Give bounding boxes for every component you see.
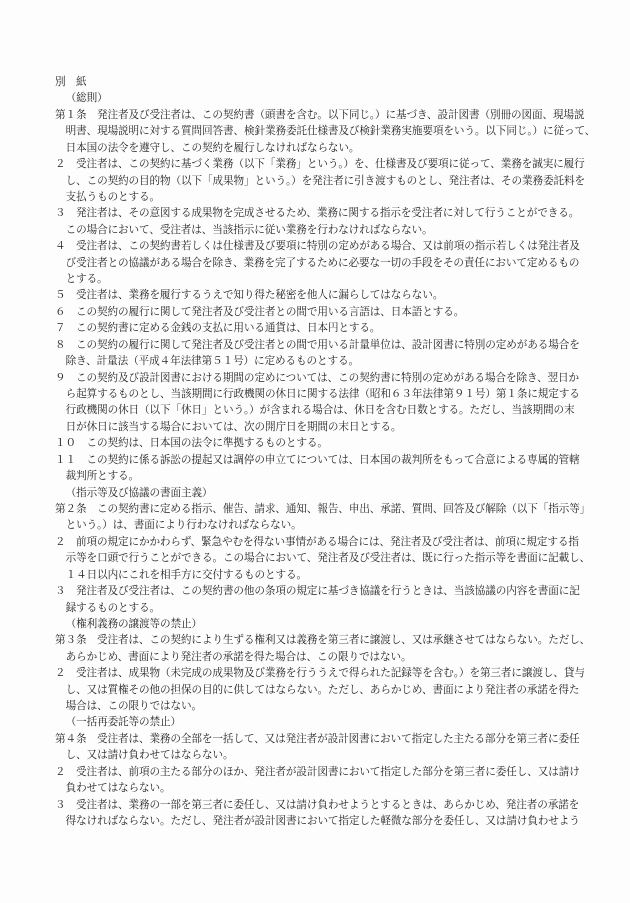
document-body: 別 紙（総則）第１条 発注者及び受注者は、この契約書（頭書を含む。以下同じ。）に… — [55, 75, 607, 830]
article1-p8-line1: ８ この契約の履行に関して発注者及び受注者との間で用いる計量単位は、設計図書に特… — [55, 338, 607, 354]
section-heading-no-assignment: （権利義務の譲渡等の禁止） — [55, 617, 607, 633]
attachment-title: 別 紙 — [55, 75, 607, 91]
article3-p2-line3: 場合は、この限りではない。 — [55, 699, 607, 715]
article1-p9-line1: ９ この契約及び設計図書における期間の定めについては、この契約書に特別の定めがあ… — [55, 371, 607, 387]
article1-p10-line1: １０ この契約は、日本国の法令に準拠するものとする。 — [55, 436, 607, 452]
article2-p3-line1: ３ 発注者及び受注者は、この契約書の他の条項の規定に基づき協議を行うときは、当該… — [55, 584, 607, 600]
article1-p11-line1: １１ この契約に係る訴訟の提起又は調停の申立てについては、日本国の裁判所をもって… — [55, 453, 607, 469]
article1-p2-line3: 支払うものとする。 — [55, 190, 607, 206]
article1-p11-line2: 裁判所とする。 — [55, 469, 607, 485]
article1-p3-line1: ３ 発注者は、その意図する成果物を完成させるため、業務に関する指示を受注者に対し… — [55, 206, 607, 222]
article2-p2-line1: ２ 前項の規定にかかわらず、緊急やむを得ない事情がある場合には、発注者及び受注者… — [55, 535, 607, 551]
article1-p2-line1: ２ 受注者は、この契約に基づく業務（以下「業務」という。）を、仕様書及び要項に従… — [55, 157, 607, 173]
article1-p1-line1: 第１条 発注者及び受注者は、この契約書（頭書を含む。以下同じ。）に基づき、設計図… — [55, 108, 607, 124]
article1-p9-line4: 日が休日に該当する場合においては、次の開庁日を期間の末日とする。 — [55, 420, 607, 436]
article1-p5-line1: ５ 受注者は、業務を履行するうえで知り得た秘密を他人に漏らしてはならない。 — [55, 288, 607, 304]
article1-p7-line1: ７ この契約書に定める金銭の支払に用いる通貨は、日本円とする。 — [55, 321, 607, 337]
article1-p3-line2: この場合において、受注者は、当該指示に従い業務を行わなければならない。 — [55, 223, 607, 239]
article3-p1-line2: あらかじめ、書面により発注者の承諾を得た場合は、この限りではない。 — [55, 650, 607, 666]
article3-p2-line2: し、又は質権その他の担保の目的に供してはならない。ただし、あらかじめ、書面により… — [55, 683, 607, 699]
section-heading-general-provisions: （総則） — [55, 91, 607, 107]
section-heading-no-blanket-subcontract: （一括再委託等の禁止） — [55, 715, 607, 731]
article1-p4-line2: び受注者との協議がある場合を除き、業務を完了するために必要な一切の手段をその責任… — [55, 256, 607, 272]
article1-p1-line3: 日本国の法令を遵守し、この契約を履行しなければならない。 — [55, 141, 607, 157]
article2-p2-line2: 示等を口頭で行うことができる。この場合において、発注者及び受注者は、既に行った指… — [55, 551, 607, 567]
article2-p3-line2: 録するものとする。 — [55, 601, 607, 617]
article2-p1-line1: 第２条 この契約書に定める指示、催告、請求、通知、報告、申出、承諾、質問、回答及… — [55, 502, 607, 518]
article1-p4-line3: とする。 — [55, 272, 607, 288]
article1-p4-line1: ４ 受注者は、この契約書若しくは仕様書及び要項に特別の定めがある場合、又は前項の… — [55, 239, 607, 255]
article1-p6-line1: ６ この契約の履行に関して発注者及び受注者との間で用いる言語は、日本語とする。 — [55, 305, 607, 321]
article1-p9-line2: ら起算するものとし、当該期間に行政機関の休日に関する法律（昭和６３年法律第９１号… — [55, 387, 607, 403]
article4-p3-line1: ３ 受注者は、業務の一部を第三者に委任し、又は請け負わせようとするときは、あらか… — [55, 798, 607, 814]
article1-p2-line2: し、この契約の目的物（以下「成果物」という。）を発注者に引き渡すものとし、発注者… — [55, 174, 607, 190]
article4-p3-line2: 得なければならない。ただし、発注者が設計図書において指定した軽微な部分を委任し、… — [55, 814, 607, 830]
article4-p1-line2: し、又は請け負わせてはならない。 — [55, 748, 607, 764]
article4-p2-line2: 負わせてはならない。 — [55, 781, 607, 797]
article1-p9-line3: 行政機関の休日（以下「休日」という。）が含まれる場合は、休日を含む日数とする。た… — [55, 403, 607, 419]
article1-p8-line2: 除き、計量法（平成４年法律第５１号）に定めるものとする。 — [55, 354, 607, 370]
article3-p1-line1: 第３条 受注者は、この契約により生ずる権利又は義務を第三者に譲渡し、又は承継させ… — [55, 633, 607, 649]
document-page: 別 紙（総則）第１条 発注者及び受注者は、この契約書（頭書を含む。以下同じ。）に… — [0, 0, 630, 903]
article4-p2-line1: ２ 受注者は、前項の主たる部分のほか、発注者が設計図書において指定した部分を第三… — [55, 765, 607, 781]
article4-p1-line1: 第４条 受注者は、業務の全部を一括して、又は発注者が設計図書において指定した主た… — [55, 732, 607, 748]
article2-p1-line2: という。）は、書面により行わなければならない。 — [55, 518, 607, 534]
article1-p1-line2: 明書、現場説明に対する質問回答書、検針業務委託仕様書及び検針業務実施要項をいう。… — [55, 124, 607, 140]
article2-p2-line3: １４日以内にこれを相手方に交付するものとする。 — [55, 568, 607, 584]
section-heading-written-form: （指示等及び協議の書面主義） — [55, 486, 607, 502]
article3-p2-line1: ２ 受注者は、成果物（未完成の成果物及び業務を行ううえで得られた記録等を含む。）… — [55, 666, 607, 682]
